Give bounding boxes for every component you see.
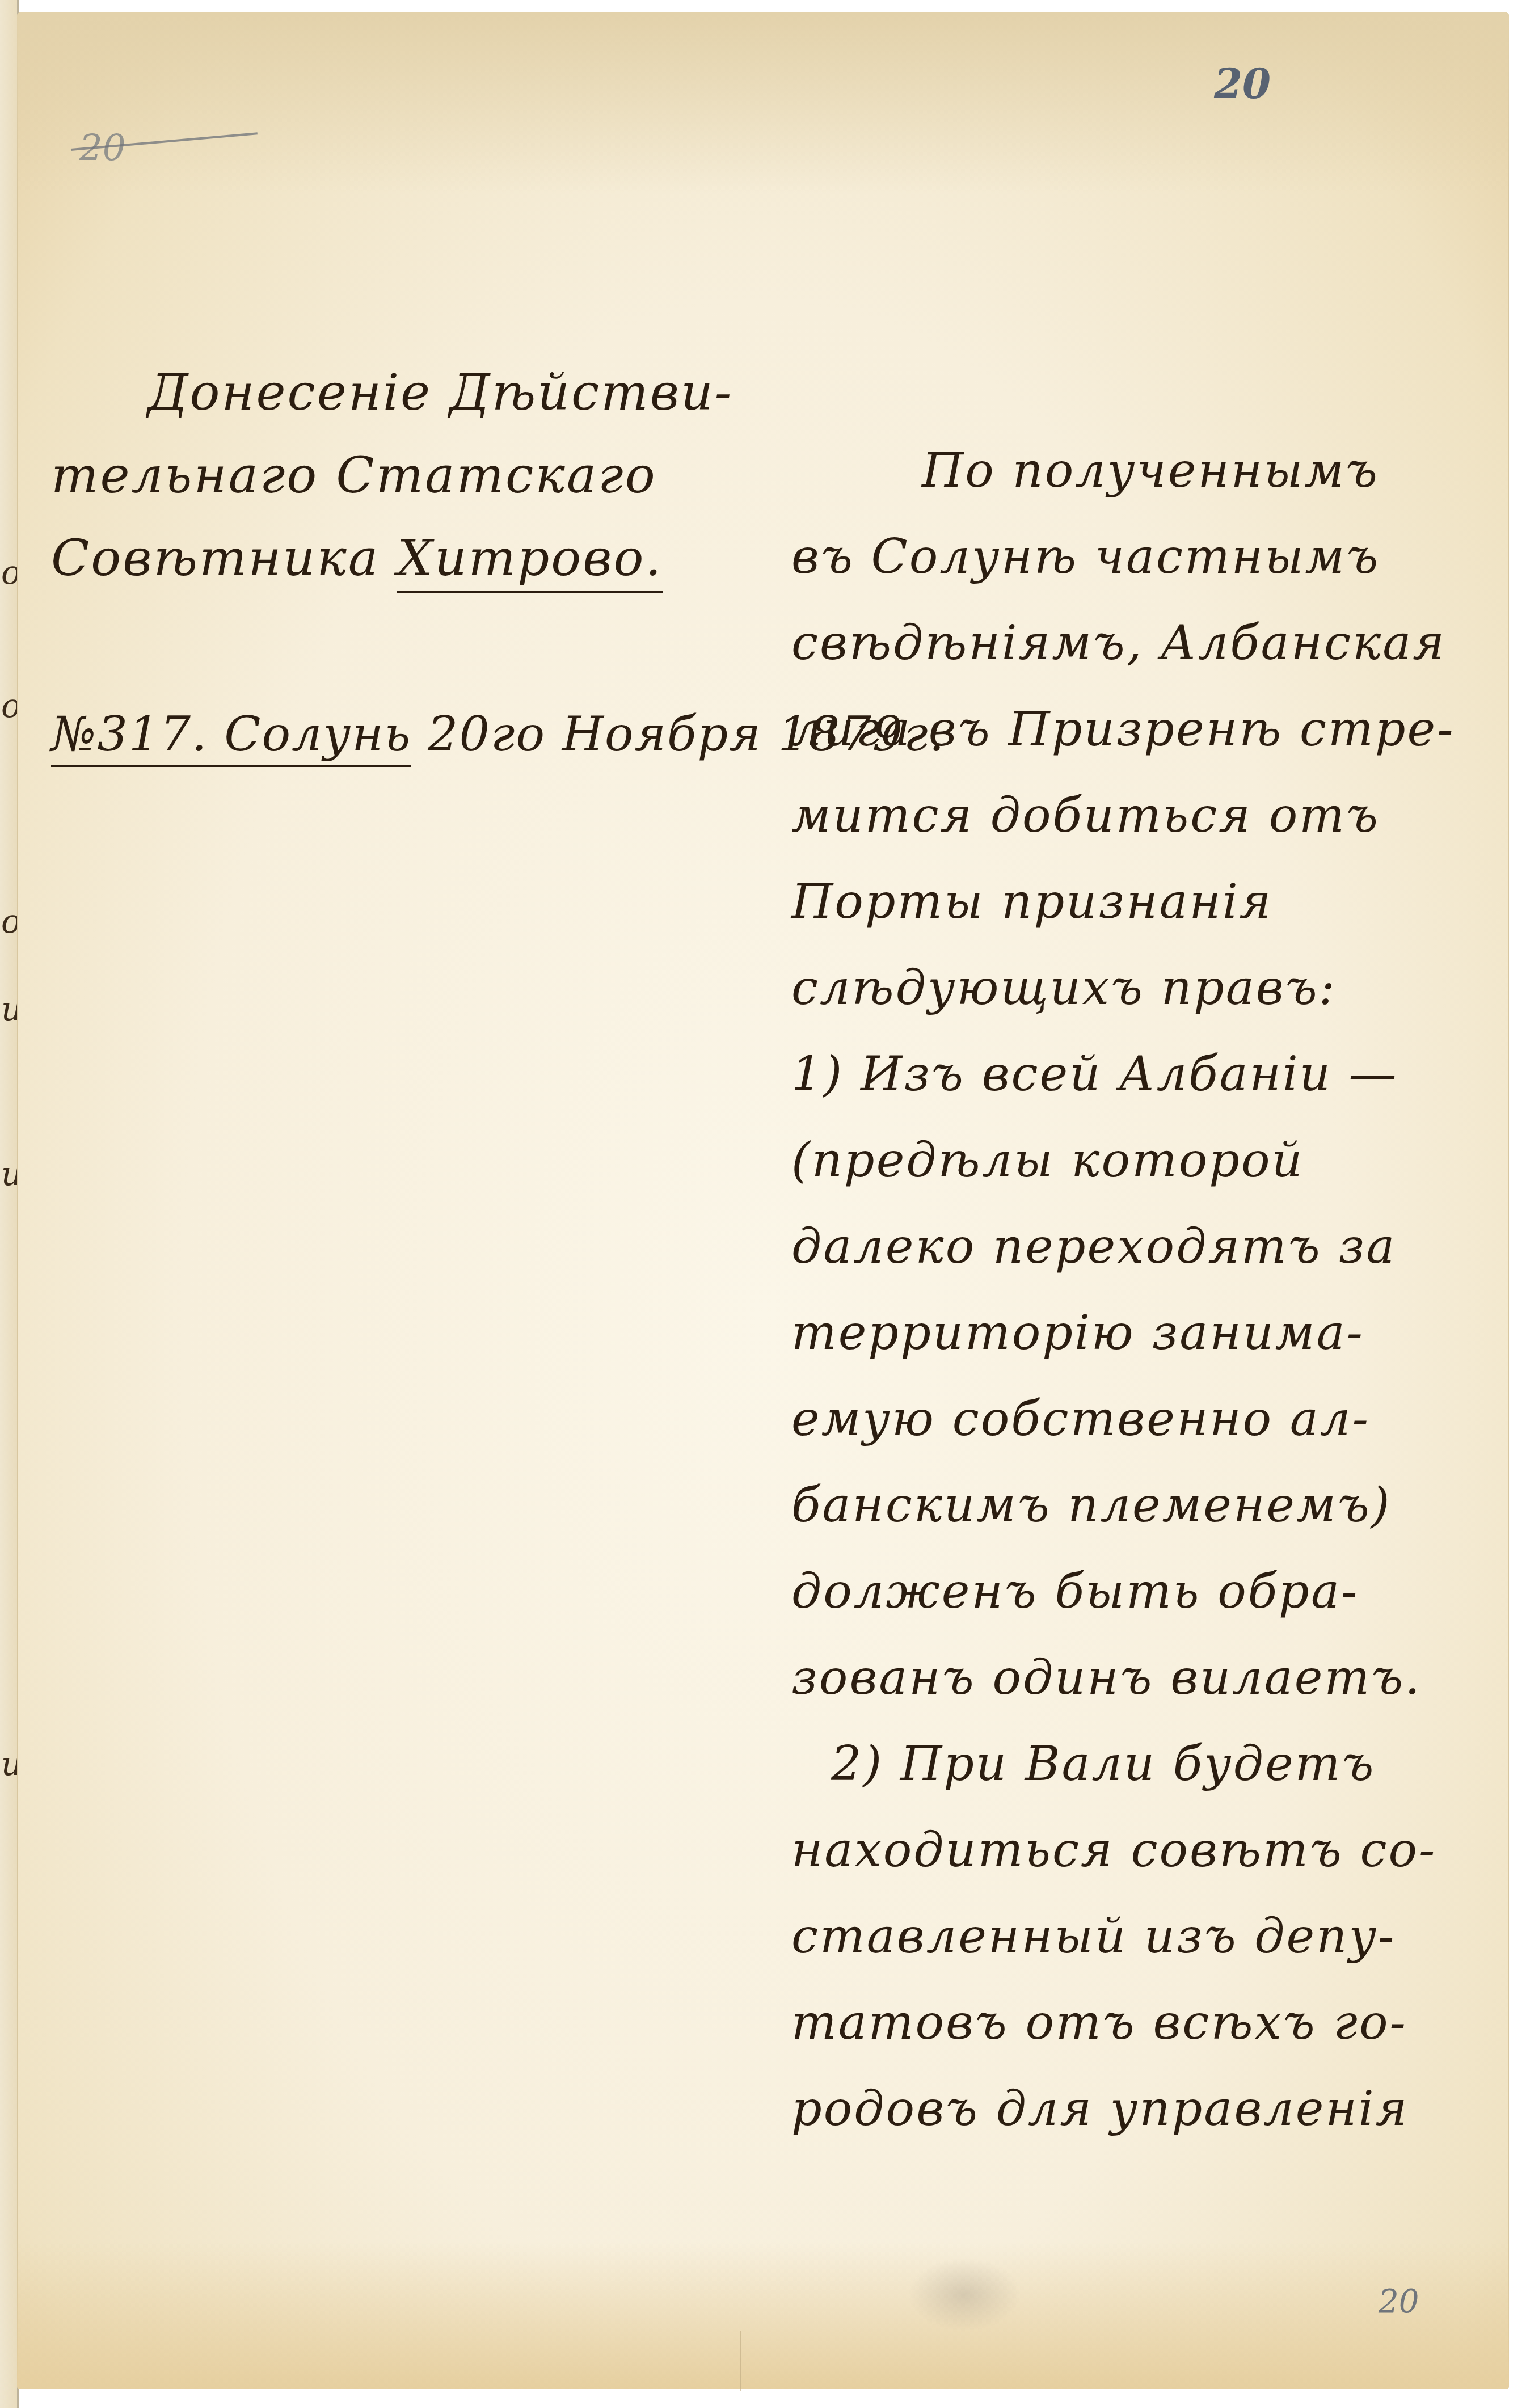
folio-number-top: 20 bbox=[1214, 60, 1271, 108]
previous-page-fragments: о о о, и и и bbox=[0, 0, 17, 2408]
heading-line: Совѣтника Хитрово. bbox=[51, 529, 772, 612]
dispatch-number-place: №317. Солунь bbox=[51, 706, 411, 767]
body-line: 2) При Вали будетъ bbox=[791, 1736, 1506, 1822]
body-line: банскимъ племенемъ) bbox=[791, 1477, 1506, 1563]
body-line: Порты признанія bbox=[791, 874, 1506, 960]
body-line: ставленный изъ депу- bbox=[791, 1908, 1506, 1994]
body-line: зованъ одинъ вилаетъ. bbox=[791, 1650, 1506, 1736]
fingerprint-smudge bbox=[908, 2258, 1021, 2331]
dispatch-body: По полученнымъ въ Солунѣ частнымъ свѣдѣн… bbox=[791, 442, 1506, 2167]
dispatch-heading: Донесеніе Дѣйстви- тельнаго Статскаго Со… bbox=[51, 363, 772, 612]
body-line: свѣдѣніямъ, Албанская bbox=[791, 615, 1506, 701]
body-line: 1) Изъ всей Албаніи — bbox=[791, 1046, 1506, 1132]
body-line: слѣдующихъ правъ: bbox=[791, 960, 1506, 1046]
body-line: родовъ для управленія bbox=[791, 2081, 1506, 2167]
body-line: находиться совѣтъ со- bbox=[791, 1822, 1506, 1908]
body-line: территорію занима- bbox=[791, 1305, 1506, 1391]
folio-number-bottom: 20 bbox=[1379, 2283, 1419, 2320]
body-line: долженъ быть обра- bbox=[791, 1563, 1506, 1650]
body-line: татовъ отъ всѣхъ го- bbox=[791, 1994, 1506, 2081]
body-line: въ Солунѣ частнымъ bbox=[791, 529, 1506, 615]
body-line: лига въ Призренѣ стре- bbox=[791, 701, 1506, 787]
heading-line: тельнаго Статскаго bbox=[51, 446, 772, 529]
body-line: далеко переходятъ за bbox=[791, 1218, 1506, 1305]
heading-line: Донесеніе Дѣйстви- bbox=[51, 363, 772, 446]
body-line: емую собственно ал- bbox=[791, 1391, 1506, 1477]
body-line: (предѣлы которой bbox=[791, 1132, 1506, 1218]
body-line: мится добиться отъ bbox=[791, 787, 1506, 874]
heading-title-text: Совѣтника bbox=[51, 529, 380, 587]
body-line: По полученнымъ bbox=[791, 442, 1506, 529]
dispatch-number: №317. bbox=[51, 706, 208, 762]
author-name: Хитрово. bbox=[397, 529, 663, 593]
paper-crease bbox=[740, 2331, 741, 2391]
dispatch-place: Солунь bbox=[224, 706, 411, 762]
